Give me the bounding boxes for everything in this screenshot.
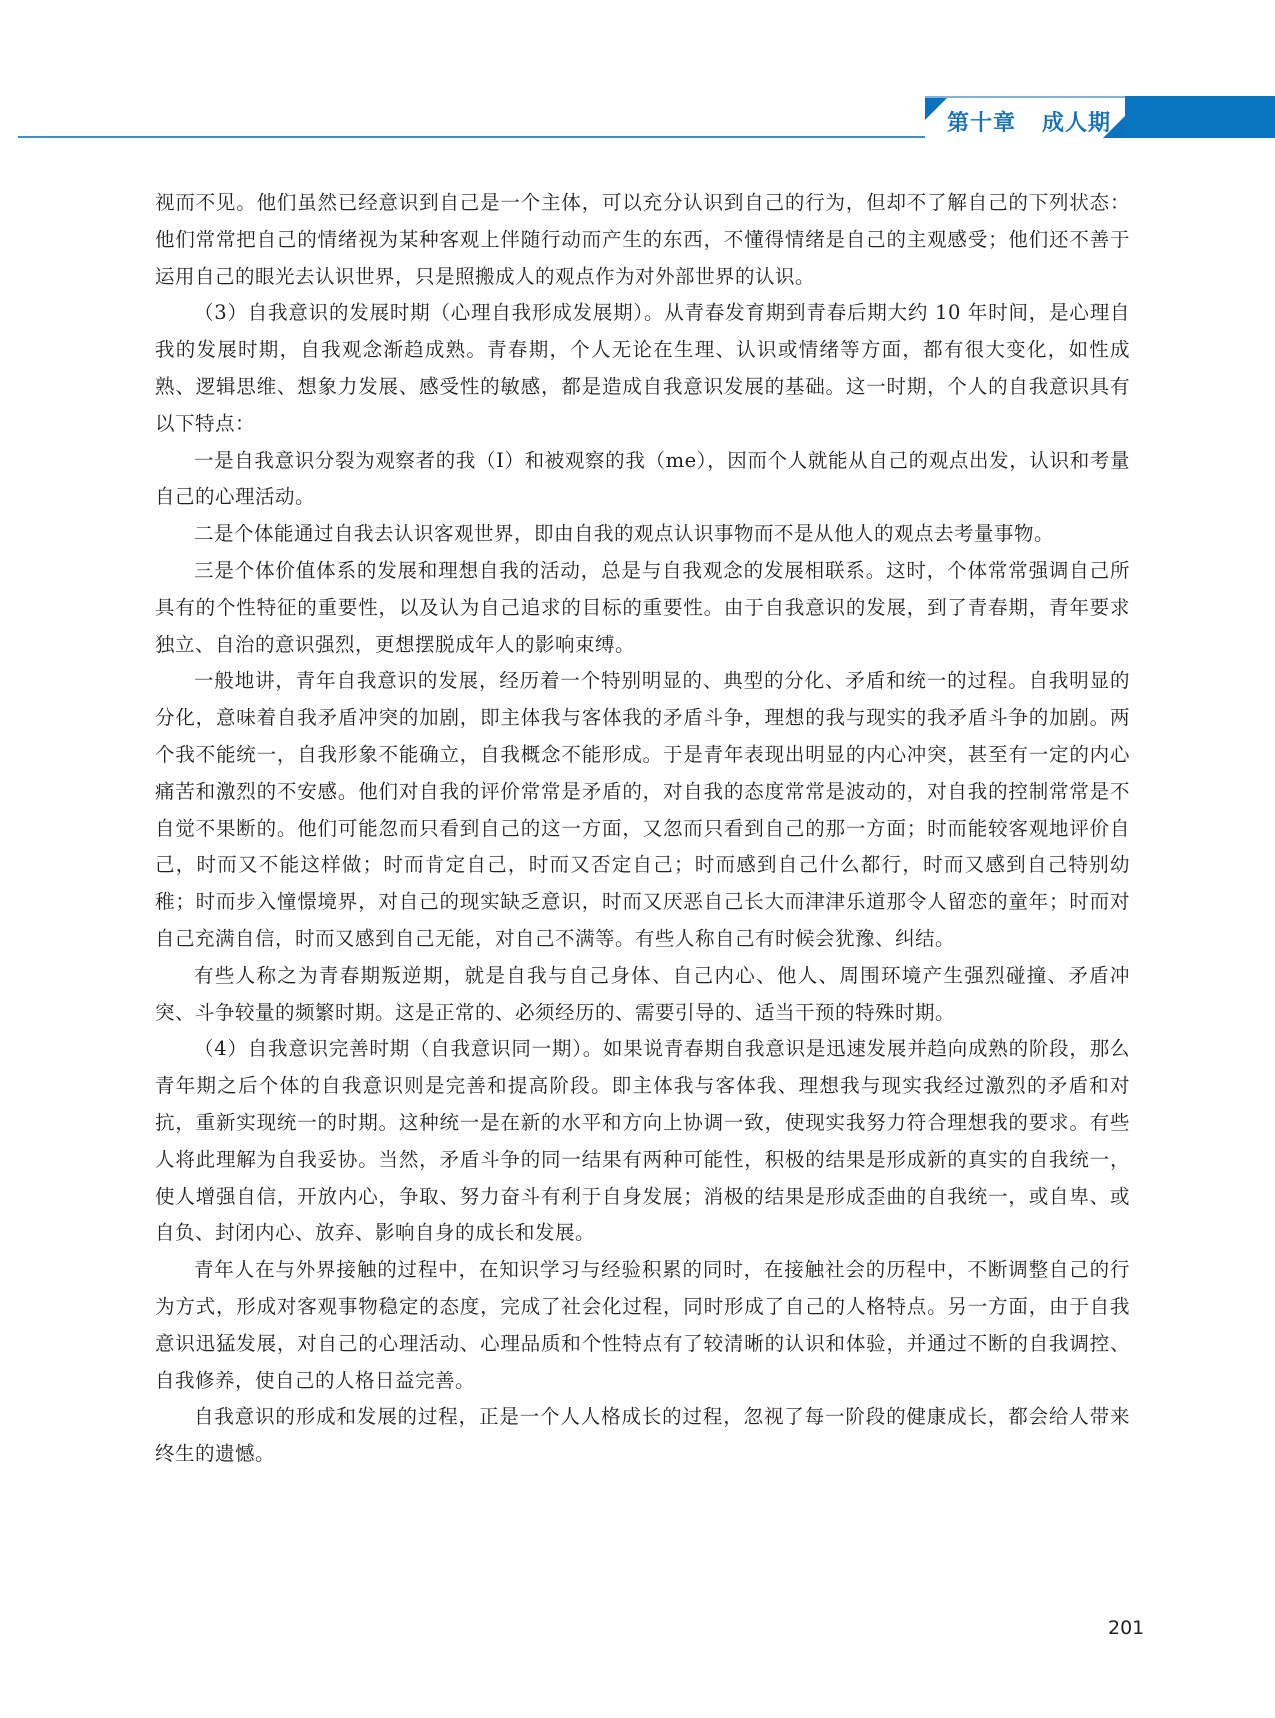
tab-corner-decoration-icon bbox=[1103, 116, 1125, 138]
paragraph: 二是个体能通过自我去认识客观世界，即由自我的观点认识事物而不是从他人的观点去考量… bbox=[155, 516, 1130, 553]
paragraph: 一般地讲，青年自我意识的发展，经历着一个特别明显的、典型的分化、矛盾和统一的过程… bbox=[155, 663, 1130, 957]
chapter-header-bar bbox=[1125, 96, 1275, 138]
paragraph: 有些人称之为青春期叛逆期，就是自我与自己身体、自己内心、他人、周围环境产生强烈碰… bbox=[155, 958, 1130, 1032]
paragraph: 视而不见。他们虽然已经意识到自己是一个主体，可以充分认识到自己的行为，但却不了解… bbox=[155, 185, 1130, 295]
chapter-header-tab: 第十章 成人期 bbox=[925, 96, 1125, 138]
paragraph: （3）自我意识的发展时期（心理自我形成发展期）。从青春发育期到青春后期大约 10… bbox=[155, 295, 1130, 442]
page-body: 视而不见。他们虽然已经意识到自己是一个主体，可以充分认识到自己的行为，但却不了解… bbox=[155, 185, 1130, 1473]
paragraph: （4）自我意识完善时期（自我意识同一期）。如果说青春期自我意识是迅速发展并趋向成… bbox=[155, 1031, 1130, 1252]
paragraph: 自我意识的形成和发展的过程，正是一个人人格成长的过程，忽视了每一阶段的健康成长，… bbox=[155, 1399, 1130, 1473]
page-number: 201 bbox=[1108, 1617, 1144, 1639]
paragraph: 青年人在与外界接触的过程中，在知识学习与经验积累的同时，在接触社会的历程中，不断… bbox=[155, 1252, 1130, 1399]
chapter-title: 第十章 成人期 bbox=[947, 106, 1111, 137]
paragraph: 一是自我意识分裂为观察者的我（I）和被观察的我（me），因而个人就能从自己的观点… bbox=[155, 443, 1130, 517]
paragraph: 三是个体价值体系的发展和理想自我的活动，总是与自我观念的发展相联系。这时，个体常… bbox=[155, 553, 1130, 663]
tab-corner-decoration-icon bbox=[925, 98, 947, 120]
